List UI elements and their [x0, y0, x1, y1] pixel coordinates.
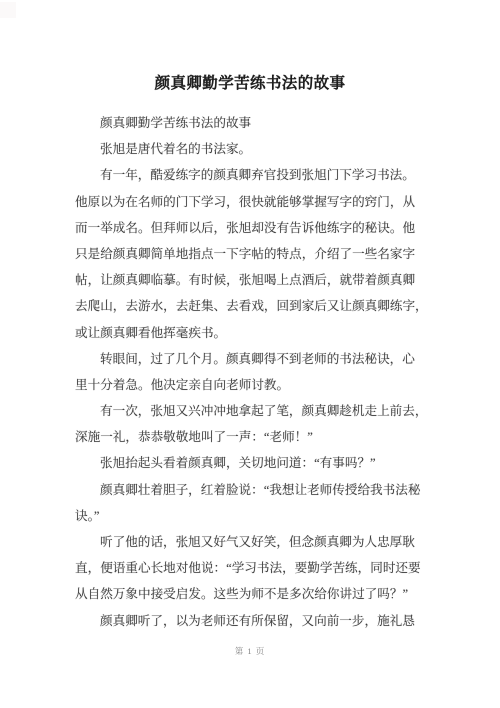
text-line: 直，便语重心长地对他说：“学习书法，要勤学苦练，同时还要 — [75, 555, 435, 581]
text-line: 或让颜真卿看他挥毫疾书。 — [75, 320, 435, 346]
text-line: 深施一礼，恭恭敬敬地叫了一声：“老师！” — [75, 424, 435, 450]
text-line: 他原以为在名师的门下学习，很快就能够掌握写字的窍门，从 — [75, 189, 435, 215]
document-body: 颜真卿勤学苦练书法的故事张旭是唐代着名的书法家。有一年，酷爱练字的颜真卿弃官投到… — [75, 110, 435, 634]
text-line: 颜真卿壮着胆子，红着脸说：“我想让老师传授给我书法秘 — [75, 477, 435, 503]
text-line: 从自然万象中接受启发。这些为师不是多次给你讲过了吗？” — [75, 581, 435, 607]
text-line: 里十分着急。他决定亲自向老师讨教。 — [75, 372, 435, 398]
text-line: 去爬山，去游水，去赶集、去看戏，回到家后又让颜真卿练字， — [75, 293, 435, 319]
text-line: 颜真卿勤学苦练书法的故事 — [75, 110, 435, 136]
text-line: 只是给颜真卿简单地指点一下字帖的特点，介绍了一些名家字 — [75, 241, 435, 267]
text-line: 有一年，酷爱练字的颜真卿弃官投到张旭门下学习书法。 — [75, 162, 435, 188]
text-line: 有一次，张旭又兴冲冲地拿起了笔，颜真卿趁机走上前去， — [75, 398, 435, 424]
text-line: 帖，让颜真卿临摹。有时候，张旭喝上点酒后，就带着颜真卿 — [75, 267, 435, 293]
text-line: 张旭是唐代着名的书法家。 — [75, 136, 435, 162]
text-line: 张旭抬起头看着颜真卿，关切地问道：“有事吗？” — [75, 450, 435, 476]
page-number: 第 1 页 — [0, 645, 500, 657]
text-line: 转眼间，过了几个月。颜真卿得不到老师的书法秘诀，心 — [75, 346, 435, 372]
document-title: 颜真卿勤学苦练书法的故事 — [0, 71, 500, 93]
page-corner-artifact — [0, 2, 16, 18]
text-line: 颜真卿听了，以为老师还有所保留，又向前一步，施礼恳 — [75, 608, 435, 634]
document-page: 颜真卿勤学苦练书法的故事 颜真卿勤学苦练书法的故事张旭是唐代着名的书法家。有一年… — [0, 0, 500, 708]
text-line: 而一举成名。但拜师以后，张旭却没有告诉他练字的秘诀。他 — [75, 215, 435, 241]
text-line: 诀。” — [75, 503, 435, 529]
text-line: 听了他的话，张旭又好气又好笑，但念颜真卿为人忠厚耿 — [75, 529, 435, 555]
